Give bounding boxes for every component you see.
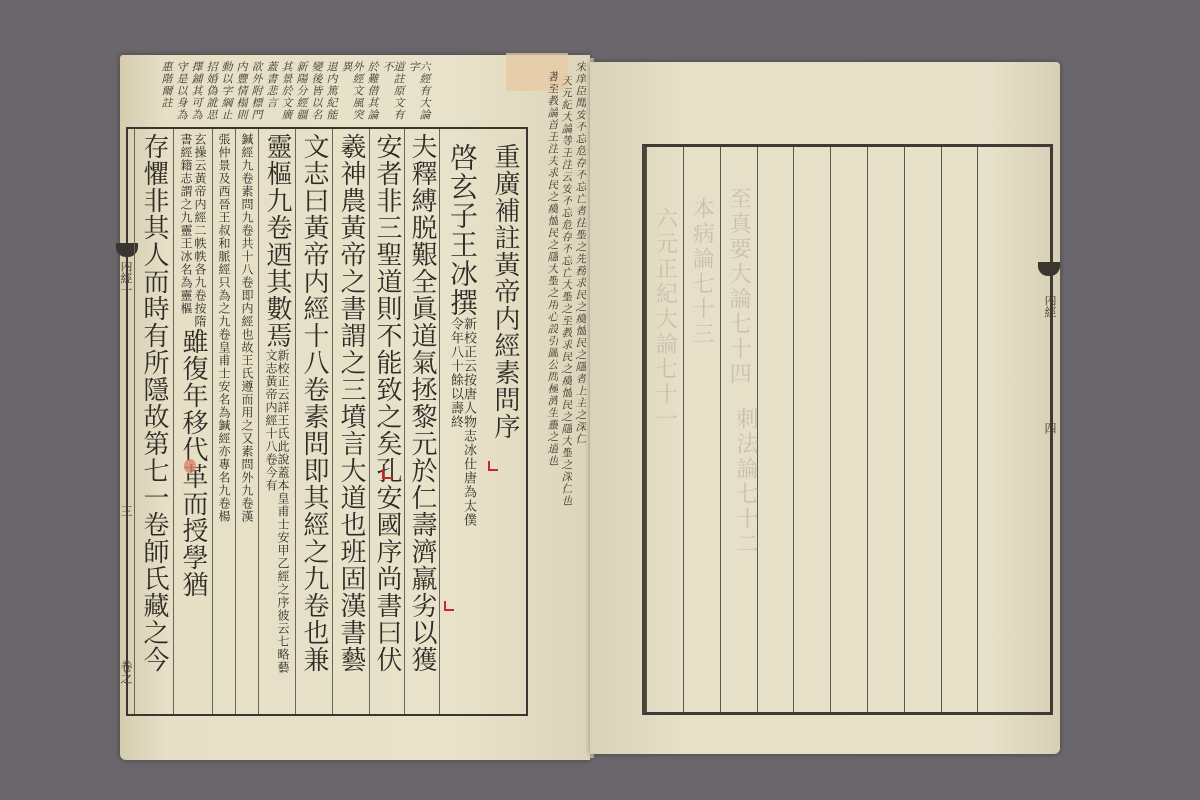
annotation: 動以字綱止 [221, 61, 232, 121]
text-column: 文志曰黃帝内經十八卷素問即其經之九卷也兼 [295, 129, 332, 714]
commentary-note: 書經籍志謂之九靈王冰名為靈樞 [180, 133, 192, 328]
ruled-column: 本病論七十三 [683, 147, 720, 712]
ruled-column [977, 147, 1014, 712]
text-column: 存懼非其人而時有所隱故第七一卷師氏藏之今 [134, 129, 173, 714]
author-line: 啓玄子王冰撰 [448, 143, 476, 317]
annotation: 外經文風突異 [341, 61, 363, 121]
text-frame: 重廣補註黃帝内經素問序 啓玄子王冰撰 新校正云按唐人物志冰仕唐為太僕令年八十餘以… [126, 127, 528, 716]
left-page: 六經有大論字 道註原文有不 於難借其論 外經文風突異 退内篤紀能 變後皆以名 新… [120, 55, 590, 760]
main-text: 靈樞九卷迺其數焉 [264, 133, 290, 349]
annotation: 六經有大論字 [408, 61, 430, 121]
side-annotation: 天元紀大論等王注云安不忘危存不忘亡大聖之至教求民之瘼恤民之隱大聖之深仁也 [561, 75, 572, 635]
annotation: 於難借其論 [367, 61, 378, 121]
text-column: 啓玄子王冰撰 新校正云按唐人物志冰仕唐為太僕令年八十餘以壽終 [439, 129, 484, 714]
annotation: 擇鋪其可為 [191, 61, 202, 121]
right-page: 至真要大論七十四 本病論七十三 六元正紀大論七十一 刺法論七十二 内經 四 [590, 62, 1060, 754]
commentary-note: 新校正云按唐人物志冰仕唐為太僕令年八十餘以壽終 [449, 317, 475, 537]
annotation: 退内篤紀能 [326, 61, 337, 121]
annotation: 蓋書悲言 [266, 61, 277, 121]
show-through-text: 六元正紀大論七十一 [649, 167, 680, 712]
ruled-column [904, 147, 941, 712]
main-text: 文志曰黃帝内經十八卷素問即其經之九卷也兼 [301, 129, 327, 714]
note-column: 玄操云黃帝内經二帙帙各九卷按隋 書經籍志謂之九靈王冰名為靈樞 雖復年移代革而授學… [173, 129, 212, 714]
preface-title: 重廣補註黃帝内經素問序 [492, 129, 518, 714]
annotation: 道註原文有不 [382, 61, 404, 121]
main-text: 羲神農黃帝之書謂之三墳言大道也班固漢書藝 [338, 129, 364, 714]
show-through-text: 刺法論七十二 [730, 407, 761, 557]
red-punctuation-mark [488, 461, 498, 471]
commentary-note: 張仲景及西晉王叔和脈經只為之九卷皇甫士安名為鍼經亦專名九卷楊 [218, 129, 230, 714]
title-column: 重廣補註黃帝内經素問序 [484, 129, 526, 714]
annotation: 變後皆以名 [311, 61, 322, 121]
note-column: 鍼經九卷素問九卷共十八卷即内經也故王氏遵而用之又素問外九卷漢 [235, 129, 258, 714]
red-stain [184, 459, 196, 473]
annotation: 守是以身為 [176, 61, 187, 121]
red-punctuation-mark [382, 469, 392, 479]
top-annotations: 六經有大論字 道註原文有不 於難借其論 外經文風突異 退内篤紀能 變後皆以名 新… [161, 61, 430, 121]
ruled-column [830, 147, 867, 712]
commentary-note: 鍼經九卷素問九卷共十八卷即内經也故王氏遵而用之又素問外九卷漢 [241, 129, 253, 714]
side-annotation: 著至教論首王注夫求民之瘼恤民之隱大聖之用心設引圖公問極濟生靈之道也 [547, 71, 558, 611]
commentary-note: 新校正云詳王氏此說蓋本皇甫士安甲乙經之序彼云七略藝文志黃帝内經十八卷今有 [265, 349, 289, 679]
leaf-number: 四 [1042, 422, 1059, 434]
red-punctuation-mark [444, 601, 454, 611]
note-column: 張仲景及西晉王叔和脈經只為之九卷皇甫士安名為鍼經亦專名九卷楊 [212, 129, 235, 714]
text-column: 羲神農黃帝之書謂之三墳言大道也班固漢書藝 [332, 129, 369, 714]
main-text: 夫釋縛脱艱全眞道氣拯黎元於仁壽濟羸劣以獲 [409, 129, 435, 714]
annotation: 招婚偽訛思 [206, 61, 217, 121]
annotation: 欲外附標門 [251, 61, 262, 121]
side-annotations: 宋庠臣聞安不忘危存不忘亡者往聖之先務求民之瘼恤民之隱者上主之深仁 天元紀大論等王… [547, 61, 586, 621]
annotation: 新陽分經疆 [296, 61, 307, 121]
annotation: 内豐情榻則 [236, 61, 247, 121]
ruled-frame: 至真要大論七十四 本病論七十三 六元正紀大論七十一 刺法論七十二 [642, 144, 1053, 715]
fish-tail-label: 内經 [1042, 294, 1059, 318]
fish-tail-mark [1038, 262, 1060, 276]
text-column: 靈樞九卷迺其數焉 新校正云詳王氏此說蓋本皇甫士安甲乙經之序彼云七略藝文志黃帝内經… [258, 129, 295, 714]
ruled-column [757, 147, 794, 712]
side-annotation: 宋庠臣聞安不忘危存不忘亡者往聖之先務求民之瘼恤民之隱者上主之深仁 [575, 61, 586, 501]
text-column: 安者非三聖道則不能致之矣孔安國序尚書曰伏 [369, 129, 404, 714]
main-text: 存懼非其人而時有所隱故第七一卷師氏藏之今 [141, 129, 167, 714]
commentary-note: 玄操云黃帝内經二帙帙各九卷按隋 [194, 133, 206, 328]
main-text: 安者非三聖道則不能致之矣孔安國序尚書曰伏 [374, 129, 400, 714]
ruled-column [941, 147, 978, 712]
ruled-column: 六元正紀大論七十一 [646, 147, 683, 712]
ruled-column [793, 147, 830, 712]
text-column: 夫釋縛脱艱全眞道氣拯黎元於仁壽濟羸劣以獲 [404, 129, 439, 714]
ruled-column [867, 147, 904, 712]
show-through-text: 本病論七十三 [686, 167, 717, 712]
annotation: 其景於文廣 [281, 61, 292, 121]
annotation: 惠階爾註 [161, 61, 172, 121]
